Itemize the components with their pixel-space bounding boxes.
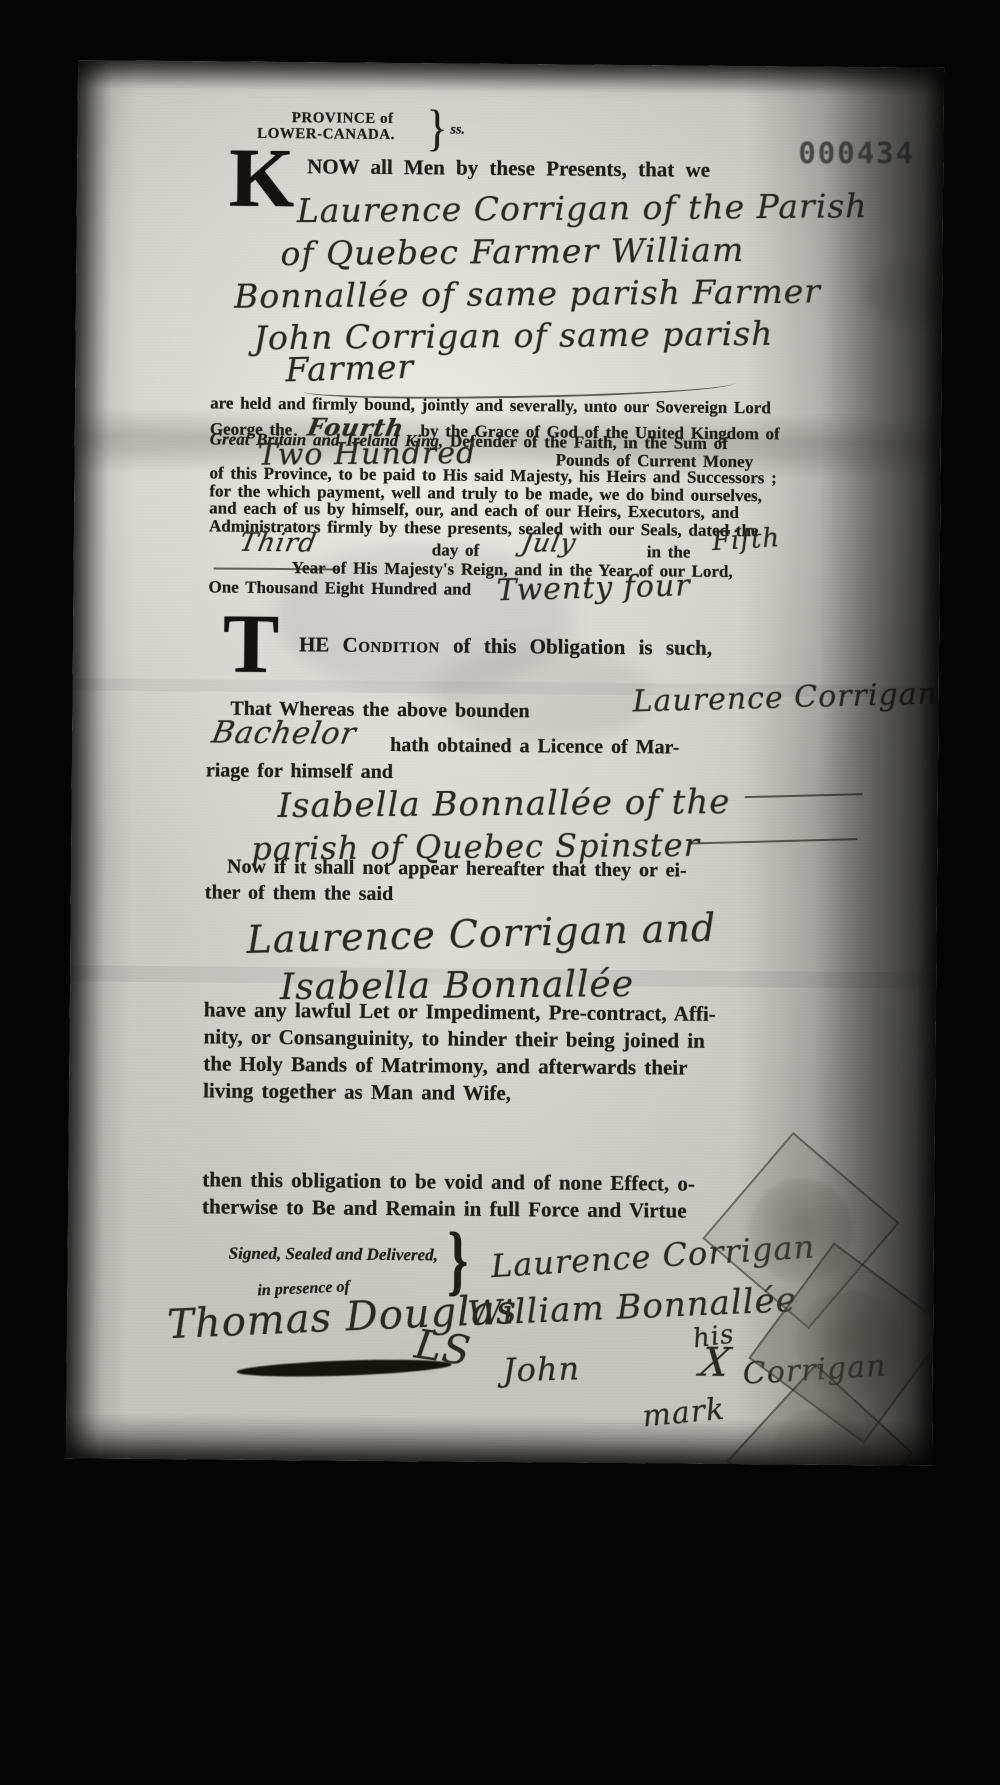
dropcap-t: T [223,612,280,678]
impediment-line: living together as Man and Wife, [203,1078,511,1106]
handwritten-couple-line: Laurence Corrigan and [246,906,717,962]
ls-scrawl: LS [412,1322,474,1376]
impediment-line: have any lawful Let or Impediment, Pre-c… [204,997,716,1026]
ink-bleedthrough-smudge [866,257,944,328]
scan-edge-shadow [78,60,944,96]
licence-line: riage for himself and [206,759,393,784]
bond-line: One Thousand Eight Hundred and [208,577,471,599]
handwritten-status: Bachelor [209,715,359,751]
handwritten-groom-name: Laurence Corrigan [632,676,938,719]
jurat-brace: } [426,98,448,157]
dropcap-k: K [229,146,295,212]
condition-heading-smallcaps: Condition [343,633,440,658]
form-blank-rule [745,793,863,798]
licence-line: hath obtained a Licence of Mar- [390,734,679,760]
handwritten-fill-year: Twenty four [496,568,691,608]
scan-edge-shadow [66,60,112,1458]
condition-heading: HE Condition of this Obligation is such, [299,632,712,661]
condition-heading-text: of this Obligation is such, [440,633,712,659]
form-blank-rule [689,838,857,844]
impediment-line: the Holy Bands of Matrimony, and afterwa… [203,1051,687,1080]
proviso-line: Now if it shall not appear hereafter tha… [227,856,687,883]
void-clause-line: therwise to Be and Remain in full Force … [202,1194,687,1223]
mark-signer-first-name: John [502,1349,580,1389]
void-clause-line: then this obligation to be void and of n… [202,1167,695,1196]
bond-text: day of [432,540,480,560]
document-page: PROVINCE of LOWER-CANADA. } ss. 000434 K… [66,60,944,1466]
handwritten-fill-regnal-year: Fifth [711,523,781,557]
proviso-line: ther of them the said [205,881,393,906]
bond-text: in the [647,542,691,562]
handwritten-party-line: Bonnallée of same parish Farmer [234,272,821,316]
impediment-line: nity, or Consanguinity, to hinder their … [203,1024,704,1053]
handwritten-fill-month: July [519,528,579,558]
opening-line: NOW all Men by these Presents, that we [307,154,710,183]
jurat-ss: ss. [450,123,465,139]
handwritten-party-line: of Quebec Farmer William [280,230,744,273]
attestation-line1: Signed, Sealed and Delivered, [229,1244,438,1266]
handwritten-bride-line: Isabella Bonnallée of the [277,782,730,826]
mark-word-mark: mark [641,1392,727,1435]
handwritten-party-line: Laurence Corrigan of the Parish [297,186,868,230]
condition-heading-text: HE [299,632,343,656]
scan-canvas: PROVINCE of LOWER-CANADA. } ss. 000434 K… [0,0,1000,1785]
stamp-number: 000434 [798,136,915,170]
handwritten-fill-day: Third [237,528,319,559]
